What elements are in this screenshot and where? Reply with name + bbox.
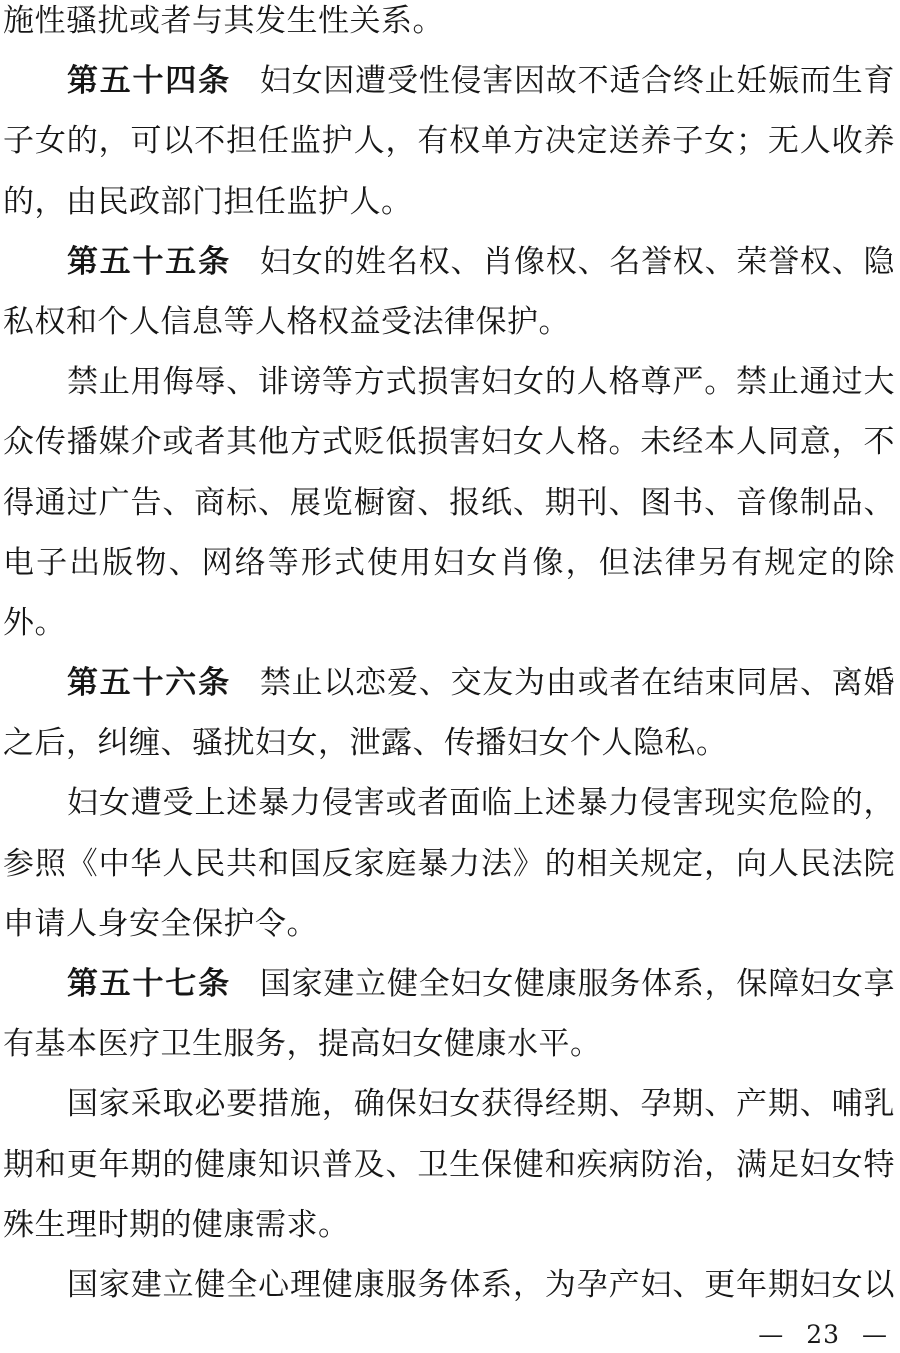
page-number: — 23 — xyxy=(758,1320,888,1349)
text-line: 申请人身安全保护令。 xyxy=(3,894,895,954)
text-line: 有基本医疗卫生服务，提高妇女健康水平。 xyxy=(3,1014,895,1074)
article-54-number: 第五十四条 xyxy=(67,63,231,98)
text-line: 妇女遭受上述暴力侵害或者面临上述暴力侵害现实危险的， xyxy=(3,773,895,833)
text-line: 殊生理时期的健康需求。 xyxy=(3,1195,895,1255)
text-line: 之后，纠缠、骚扰妇女，泄露、传播妇女个人隐私。 xyxy=(3,713,895,773)
text-line: 电子出版物、网络等形式使用妇女肖像，但法律另有规定的除 xyxy=(3,533,895,593)
text-line: 国家采取必要措施，确保妇女获得经期、孕期、产期、哺乳 xyxy=(3,1074,895,1134)
text-line: 得通过广告、商标、展览橱窗、报纸、期刊、图书、音像制品、 xyxy=(3,473,895,533)
text-line: 众传播媒介或者其他方式贬低损害妇女人格。未经本人同意，不 xyxy=(3,412,895,472)
text-line: 子女的，可以不担任监护人，有权单方决定送养子女；无人收养 xyxy=(3,111,895,171)
article-54-heading-line: 第五十四条妇女因遭受性侵害因故不适合终止妊娠而生育 xyxy=(3,51,895,111)
article-57-heading-line: 第五十七条国家建立健全妇女健康服务体系，保障妇女享 xyxy=(3,954,895,1014)
article-57-number: 第五十七条 xyxy=(67,966,231,1001)
document-body: 施性骚扰或者与其发生性关系。 第五十四条妇女因遭受性侵害因故不适合终止妊娠而生育… xyxy=(3,0,895,1315)
article-56-heading-line: 第五十六条禁止以恋爱、交友为由或者在结束同居、离婚 xyxy=(3,653,895,713)
text-line: 妇女的姓名权、肖像权、名誉权、荣誉权、隐 xyxy=(260,244,895,279)
text-line: 国家建立健全心理健康服务体系，为孕产妇、更年期妇女以 xyxy=(3,1255,895,1315)
text-line: 施性骚扰或者与其发生性关系。 xyxy=(3,0,895,51)
text-line: 的，由民政部门担任监护人。 xyxy=(3,172,895,232)
text-line: 禁止以恋爱、交友为由或者在结束同居、离婚 xyxy=(260,665,895,700)
text-line: 国家建立健全妇女健康服务体系，保障妇女享 xyxy=(260,966,895,1001)
text-line: 参照《中华人民共和国反家庭暴力法》的相关规定，向人民法院 xyxy=(3,834,895,894)
article-55-heading-line: 第五十五条妇女的姓名权、肖像权、名誉权、荣誉权、隐 xyxy=(3,232,895,292)
text-line: 禁止用侮辱、诽谤等方式损害妇女的人格尊严。禁止通过大 xyxy=(3,352,895,412)
text-line: 私权和个人信息等人格权益受法律保护。 xyxy=(3,292,895,352)
text-line: 外。 xyxy=(3,593,895,653)
article-56-number: 第五十六条 xyxy=(67,665,231,700)
text-line: 妇女因遭受性侵害因故不适合终止妊娠而生育 xyxy=(260,63,895,98)
article-55-number: 第五十五条 xyxy=(67,244,231,279)
text-line: 期和更年期的健康知识普及、卫生保健和疾病防治，满足妇女特 xyxy=(3,1135,895,1195)
